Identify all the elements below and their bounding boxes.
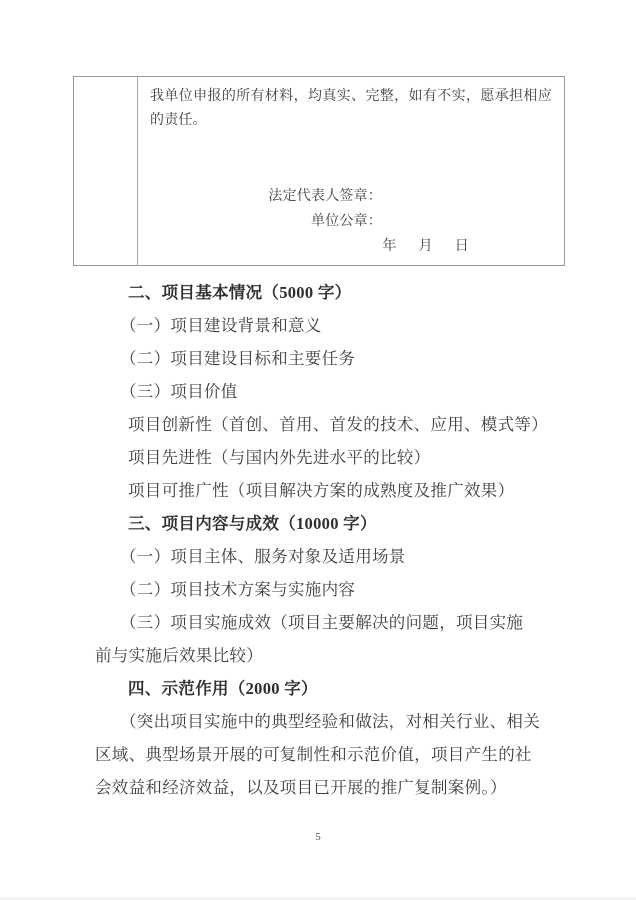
heading-section-two: 二、项目基本情况（5000 字） <box>95 276 547 309</box>
subitem-3-3-line1: （三）项目实施成效（项目主要解决的问题，项目实施 <box>95 606 547 639</box>
unit-seal-label: 单位公章： <box>150 209 382 234</box>
commitment-table-label-cell <box>74 77 138 265</box>
subitem-3-2: （二）项目技术方案与实施内容 <box>95 573 547 606</box>
subitem-3-3-line2: 前与实施后效果比较） <box>95 639 547 672</box>
signature-block: 法定代表人签章： 单位公章： 年 月 日 <box>150 184 552 259</box>
month-label: 月 <box>419 234 433 259</box>
section-four-note-line2: 区域、典型场景开展的可复制性和示范价值，项目产生的社 <box>95 738 547 771</box>
line-project-innovation: 项目创新性（首创、首用、首发的技术、应用、模式等） <box>95 408 547 441</box>
commitment-table: 我单位申报的所有材料，均真实、完整，如有不实，愿承担相应的责任。 法定代表人签章… <box>73 76 565 266</box>
page-number: 5 <box>0 831 636 843</box>
year-label: 年 <box>382 234 396 259</box>
declaration-text: 我单位申报的所有材料，均真实、完整，如有不实，愿承担相应的责任。 <box>150 85 552 133</box>
commitment-table-content-cell: 我单位申报的所有材料，均真实、完整，如有不实，愿承担相应的责任。 法定代表人签章… <box>138 77 564 265</box>
outline-content: 二、项目基本情况（5000 字） （一）项目建设背景和意义 （二）项目建设目标和… <box>95 276 547 804</box>
legal-representative-signature-label: 法定代表人签章： <box>150 184 382 209</box>
date-line: 年 月 日 <box>150 234 469 259</box>
subitem-2-2: （二）项目建设目标和主要任务 <box>95 342 547 375</box>
line-project-replicability: 项目可推广性（项目解决方案的成熟度及推广效果） <box>95 474 547 507</box>
section-four-note-line1: （突出项目实施中的典型经验和做法，对相关行业、相关 <box>95 705 547 738</box>
subitem-2-3: （三）项目价值 <box>95 375 547 408</box>
section-four-note-line3: 会效益和经济效益，以及项目已开展的推广复制案例。） <box>95 771 547 804</box>
heading-section-four: 四、示范作用（2000 字） <box>95 672 547 705</box>
heading-section-three: 三、项目内容与成效（10000 字） <box>95 507 547 540</box>
subitem-2-1: （一）项目建设背景和意义 <box>95 309 547 342</box>
day-label: 日 <box>455 234 469 259</box>
subitem-3-1: （一）项目主体、服务对象及适用场景 <box>95 540 547 573</box>
line-project-advancement: 项目先进性（与国内外先进水平的比较） <box>95 441 547 474</box>
